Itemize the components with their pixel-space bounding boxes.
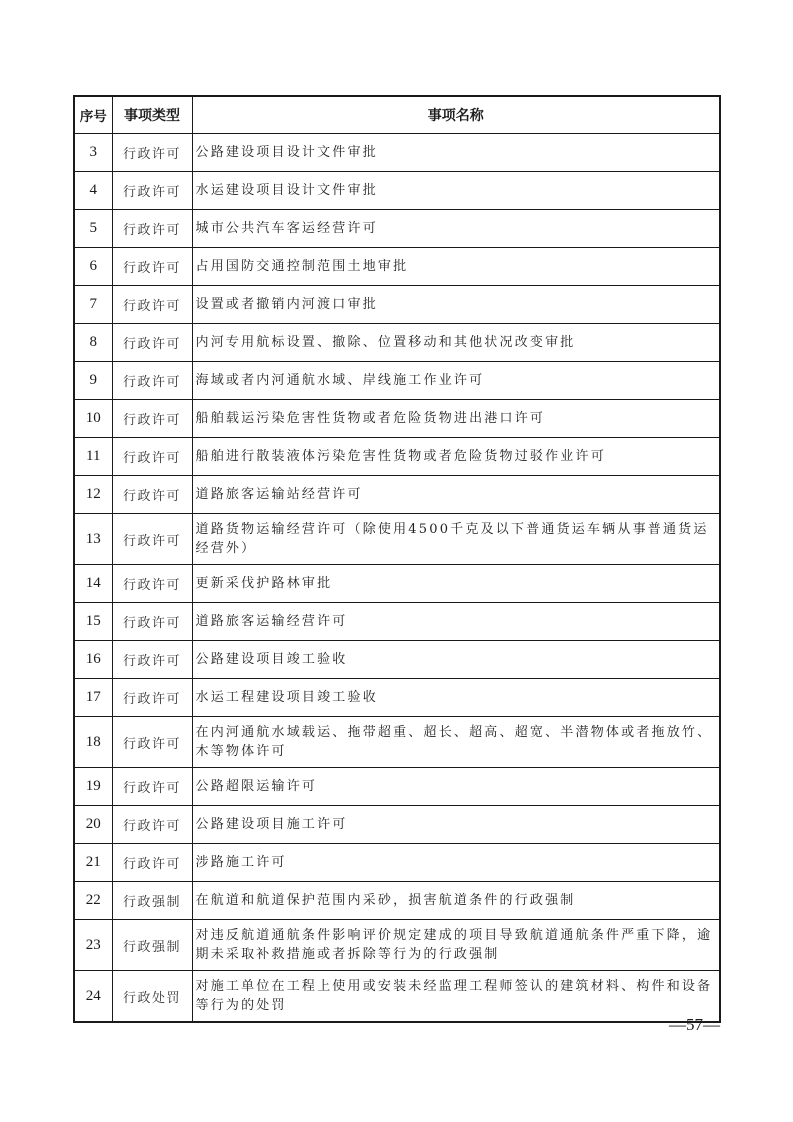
row-seq: 21 — [74, 844, 112, 882]
row-name: 道路货物运输经营许可（除使用4500千克及以下普通货运车辆从事普通货运经营外） — [192, 514, 720, 565]
row-name: 内河专用航标设置、撤除、位置移动和其他状况改变审批 — [192, 324, 720, 362]
row-name: 海域或者内河通航水域、岸线施工作业许可 — [192, 362, 720, 400]
row-type: 行政许可 — [112, 806, 192, 844]
table-row: 11行政许可船舶进行散装液体污染危害性货物或者危险货物过驳作业许可 — [74, 438, 720, 476]
table-row: 13行政许可道路货物运输经营许可（除使用4500千克及以下普通货运车辆从事普通货… — [74, 514, 720, 565]
row-type: 行政许可 — [112, 172, 192, 210]
row-type: 行政许可 — [112, 476, 192, 514]
row-name: 船舶进行散装液体污染危害性货物或者危险货物过驳作业许可 — [192, 438, 720, 476]
table-row: 22行政强制在航道和航道保护范围内采砂，损害航道条件的行政强制 — [74, 882, 720, 920]
row-seq: 8 — [74, 324, 112, 362]
row-name: 在航道和航道保护范围内采砂，损害航道条件的行政强制 — [192, 882, 720, 920]
row-name: 公路建设项目竣工验收 — [192, 641, 720, 679]
header-seq: 序号 — [74, 96, 112, 134]
row-type: 行政许可 — [112, 400, 192, 438]
row-name: 道路旅客运输经营许可 — [192, 603, 720, 641]
row-type: 行政许可 — [112, 514, 192, 565]
table-row: 8行政许可内河专用航标设置、撤除、位置移动和其他状况改变审批 — [74, 324, 720, 362]
row-seq: 10 — [74, 400, 112, 438]
table-row: 10行政许可船舶载运污染危害性货物或者危险货物进出港口许可 — [74, 400, 720, 438]
row-name: 在内河通航水域载运、拖带超重、超长、超高、超宽、半潜物体或者拖放竹、木等物体许可 — [192, 717, 720, 768]
row-name: 对施工单位在工程上使用或安装未经监理工程师签认的建筑材料、构件和设备等行为的处罚 — [192, 971, 720, 1023]
row-type: 行政许可 — [112, 134, 192, 172]
row-type: 行政强制 — [112, 920, 192, 971]
row-name: 更新采伐护路林审批 — [192, 565, 720, 603]
header-type: 事项类型 — [112, 96, 192, 134]
row-type: 行政许可 — [112, 248, 192, 286]
row-seq: 24 — [74, 971, 112, 1023]
row-name: 涉路施工许可 — [192, 844, 720, 882]
header-name: 事项名称 — [192, 96, 720, 134]
row-seq: 3 — [74, 134, 112, 172]
row-name: 船舶载运污染危害性货物或者危险货物进出港口许可 — [192, 400, 720, 438]
row-type: 行政许可 — [112, 210, 192, 248]
row-type: 行政许可 — [112, 286, 192, 324]
row-seq: 23 — [74, 920, 112, 971]
table-header-row: 序号 事项类型 事项名称 — [74, 96, 720, 134]
table-row: 7行政许可设置或者撤销内河渡口审批 — [74, 286, 720, 324]
row-name: 城市公共汽车客运经营许可 — [192, 210, 720, 248]
row-seq: 18 — [74, 717, 112, 768]
table-row: 19行政许可公路超限运输许可 — [74, 768, 720, 806]
row-type: 行政许可 — [112, 641, 192, 679]
table-row: 20行政许可公路建设项目施工许可 — [74, 806, 720, 844]
row-name: 公路建设项目施工许可 — [192, 806, 720, 844]
row-seq: 19 — [74, 768, 112, 806]
row-seq: 9 — [74, 362, 112, 400]
table-row: 5行政许可城市公共汽车客运经营许可 — [74, 210, 720, 248]
table-row: 6行政许可占用国防交通控制范围土地审批 — [74, 248, 720, 286]
row-name: 公路建设项目设计文件审批 — [192, 134, 720, 172]
page-number: —57— — [650, 1015, 720, 1035]
row-type: 行政强制 — [112, 882, 192, 920]
table-row: 4行政许可水运建设项目设计文件审批 — [74, 172, 720, 210]
row-name: 道路旅客运输站经营许可 — [192, 476, 720, 514]
table-row: 23行政强制对违反航道通航条件影响评价规定建成的项目导致航道通航条件严重下降，逾… — [74, 920, 720, 971]
table-row: 21行政许可涉路施工许可 — [74, 844, 720, 882]
table-row: 15行政许可道路旅客运输经营许可 — [74, 603, 720, 641]
row-type: 行政许可 — [112, 565, 192, 603]
row-name: 占用国防交通控制范围土地审批 — [192, 248, 720, 286]
row-seq: 6 — [74, 248, 112, 286]
row-name: 对违反航道通航条件影响评价规定建成的项目导致航道通航条件严重下降，逾期未采取补救… — [192, 920, 720, 971]
row-type: 行政处罚 — [112, 971, 192, 1023]
row-seq: 11 — [74, 438, 112, 476]
row-type: 行政许可 — [112, 768, 192, 806]
row-seq: 13 — [74, 514, 112, 565]
row-type: 行政许可 — [112, 844, 192, 882]
row-seq: 17 — [74, 679, 112, 717]
row-seq: 4 — [74, 172, 112, 210]
row-type: 行政许可 — [112, 603, 192, 641]
row-seq: 20 — [74, 806, 112, 844]
row-seq: 15 — [74, 603, 112, 641]
table-row: 9行政许可海域或者内河通航水域、岸线施工作业许可 — [74, 362, 720, 400]
row-type: 行政许可 — [112, 324, 192, 362]
row-name: 水运建设项目设计文件审批 — [192, 172, 720, 210]
table-row: 24行政处罚对施工单位在工程上使用或安装未经监理工程师签认的建筑材料、构件和设备… — [74, 971, 720, 1023]
row-type: 行政许可 — [112, 362, 192, 400]
table-row: 18行政许可在内河通航水域载运、拖带超重、超长、超高、超宽、半潜物体或者拖放竹、… — [74, 717, 720, 768]
row-seq: 5 — [74, 210, 112, 248]
table-row: 12行政许可道路旅客运输站经营许可 — [74, 476, 720, 514]
row-type: 行政许可 — [112, 438, 192, 476]
table-row: 16行政许可公路建设项目竣工验收 — [74, 641, 720, 679]
row-seq: 14 — [74, 565, 112, 603]
row-name: 公路超限运输许可 — [192, 768, 720, 806]
table-body: 3行政许可公路建设项目设计文件审批4行政许可水运建设项目设计文件审批5行政许可城… — [74, 134, 720, 1023]
table-row: 17行政许可水运工程建设项目竣工验收 — [74, 679, 720, 717]
table-row: 14行政许可更新采伐护路林审批 — [74, 565, 720, 603]
row-seq: 12 — [74, 476, 112, 514]
row-seq: 22 — [74, 882, 112, 920]
row-name: 水运工程建设项目竣工验收 — [192, 679, 720, 717]
row-seq: 16 — [74, 641, 112, 679]
row-seq: 7 — [74, 286, 112, 324]
row-type: 行政许可 — [112, 679, 192, 717]
table-row: 3行政许可公路建设项目设计文件审批 — [74, 134, 720, 172]
row-name: 设置或者撤销内河渡口审批 — [192, 286, 720, 324]
items-table: 序号 事项类型 事项名称 3行政许可公路建设项目设计文件审批4行政许可水运建设项… — [73, 95, 721, 1023]
row-type: 行政许可 — [112, 717, 192, 768]
